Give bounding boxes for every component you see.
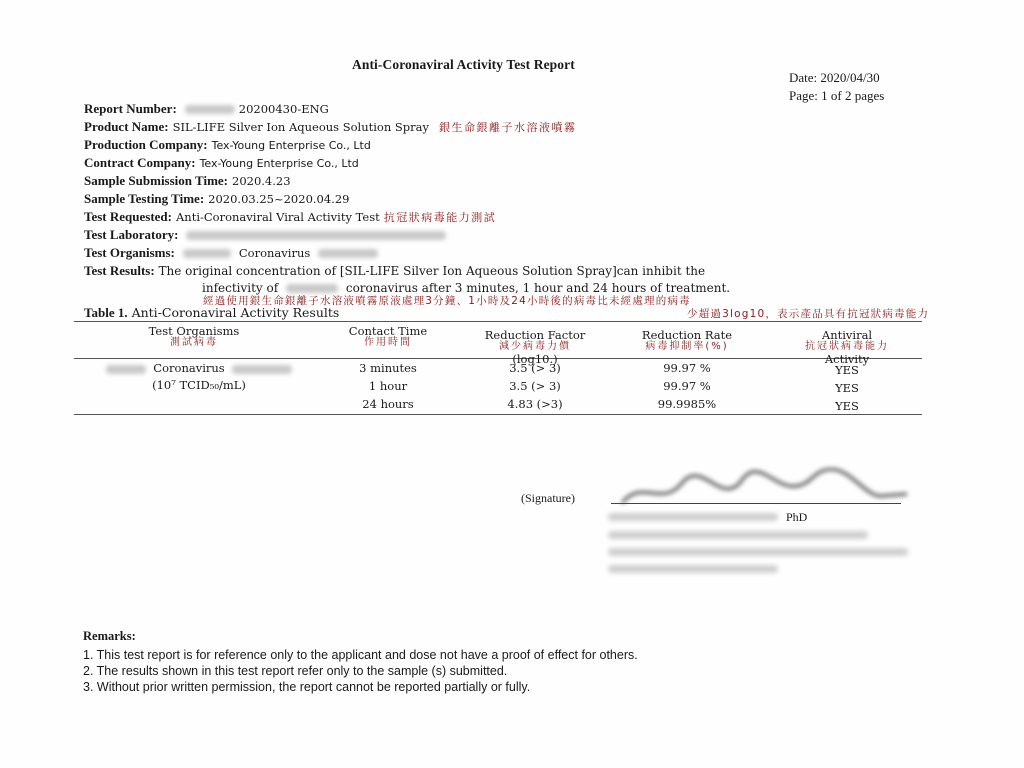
field-value: 2020.4.23 bbox=[232, 174, 291, 188]
field-label: Report Number: bbox=[84, 101, 177, 116]
field-test-requested: Test Requested: Anti-Coronaviral Viral A… bbox=[84, 209, 496, 225]
test-results-label: Test Results: bbox=[84, 263, 155, 278]
table-header-cell: Reduction Rate病毒抑制率(%) bbox=[612, 329, 762, 353]
table-cell-reduction-rate: 99.9985% bbox=[612, 397, 762, 411]
table-cell-reduction-factor: 3.5 (> 3) bbox=[460, 361, 610, 375]
remarks-title: Remarks: bbox=[83, 629, 136, 644]
page-number: Page: 1 of 2 pages bbox=[789, 88, 884, 104]
field-label: Production Company: bbox=[84, 137, 208, 152]
report-date: Date: 2020/04/30 bbox=[789, 70, 880, 86]
field-report-number: Report Number: 20200430-ENG bbox=[84, 101, 329, 117]
table-cell-organism-conc: (10⁷ TCID₅₀/mL) bbox=[94, 378, 304, 392]
header-en: Antiviral bbox=[772, 329, 922, 341]
field-sample-submission-time: Sample Submission Time: 2020.4.23 bbox=[84, 173, 291, 189]
test-results-zh-line-2: 少超過3log10，表示產品具有抗冠狀病毒能力 bbox=[687, 306, 929, 321]
redacted-department bbox=[608, 548, 908, 556]
remark-item: 2. The results shown in this test report… bbox=[83, 664, 507, 678]
field-value: Tex-Young Enterprise Co., Ltd bbox=[200, 157, 359, 170]
table-cell-reduction-rate: 99.97 % bbox=[612, 379, 762, 393]
table-caption: Table 1. Anti-Coronaviral Activity Resul… bbox=[84, 305, 339, 321]
table-top-rule bbox=[74, 321, 922, 322]
table-caption-text: Anti-Coronaviral Activity Results bbox=[132, 305, 340, 320]
header-en: Contact Time bbox=[318, 325, 458, 337]
table-cell-reduction-rate: 99.97 % bbox=[612, 361, 762, 375]
table-caption-number: Table 1. bbox=[84, 305, 128, 320]
report-title: Anti-Coronaviral Activity Test Report bbox=[352, 57, 575, 73]
field-sample-testing-time: Sample Testing Time: 2020.03.25~2020.04.… bbox=[84, 191, 349, 207]
table-cell-antiviral: YES bbox=[772, 363, 922, 377]
field-label: Test Organisms: bbox=[84, 245, 175, 260]
signature-line bbox=[611, 503, 901, 504]
table-cell-contact-time: 1 hour bbox=[318, 379, 458, 393]
table-cell-contact-time: 24 hours bbox=[318, 397, 458, 411]
test-results-text: The original concentration of [SIL-LIFE … bbox=[159, 264, 706, 278]
field-label: Test Requested: bbox=[84, 209, 172, 224]
field-value: Anti-Coronaviral Viral Activity Test bbox=[176, 210, 380, 224]
redacted-affiliation bbox=[608, 531, 868, 539]
field-test-organisms: Test Organisms: Coronavirus bbox=[84, 245, 382, 261]
signature-scrawl bbox=[612, 468, 912, 518]
header-zh: 作用時間 bbox=[318, 337, 458, 349]
field-value-zh: 銀生命銀離子水溶液噴霧 bbox=[439, 121, 577, 134]
table-cell-contact-time: 3 minutes bbox=[318, 361, 458, 375]
redacted-text bbox=[183, 249, 231, 258]
table-cell-organism: Coronavirus bbox=[94, 361, 304, 375]
field-value: Tex-Young Enterprise Co., Ltd bbox=[212, 139, 371, 152]
field-value: Coronavirus bbox=[239, 246, 310, 260]
signer-title: PhD bbox=[786, 510, 807, 525]
field-value-zh: 抗冠狀病毒能力測試 bbox=[384, 211, 497, 224]
redacted-text bbox=[318, 249, 378, 258]
field-label: Contract Company: bbox=[84, 155, 196, 170]
field-value: SIL-LIFE Silver Ion Aqueous Solution Spr… bbox=[173, 120, 429, 134]
organism-name: Coronavirus bbox=[153, 361, 224, 375]
redacted-text bbox=[106, 365, 146, 374]
table-cell-antiviral: YES bbox=[772, 381, 922, 395]
header-en: Reduction Rate bbox=[612, 329, 762, 341]
field-test-laboratory: Test Laboratory: bbox=[84, 227, 450, 243]
table-cell-antiviral: YES bbox=[772, 399, 922, 413]
table-header-cell: Antiviral抗冠狀病毒能力Activity bbox=[772, 329, 922, 365]
field-label: Sample Submission Time: bbox=[84, 173, 228, 188]
field-value: 2020.03.25~2020.04.29 bbox=[208, 192, 349, 206]
signature-label: (Signature) bbox=[521, 491, 575, 506]
redacted-text bbox=[232, 365, 292, 374]
remark-item: 1. This test report is for reference onl… bbox=[83, 648, 638, 662]
header-zh: 病毒抑制率(%) bbox=[612, 341, 762, 353]
redacted-signer-name bbox=[608, 513, 778, 521]
header-zh: 測試病毒 bbox=[94, 337, 294, 349]
header-en: Reduction Factor bbox=[460, 329, 610, 341]
report-page: Anti-Coronaviral Activity Test Report Da… bbox=[0, 0, 1024, 768]
header-en: Test Organisms bbox=[94, 325, 294, 337]
field-contract-company: Contract Company: Tex-Young Enterprise C… bbox=[84, 155, 359, 171]
test-results-line-1: Test Results: The original concentration… bbox=[84, 263, 705, 279]
field-label: Sample Testing Time: bbox=[84, 191, 204, 206]
redacted-text bbox=[186, 231, 446, 240]
field-product-name: Product Name: SIL-LIFE Silver Ion Aqueou… bbox=[84, 119, 576, 135]
remark-item: 3. Without prior written permission, the… bbox=[83, 680, 530, 694]
table-bottom-rule bbox=[74, 414, 922, 415]
redacted-text bbox=[286, 284, 338, 293]
table-cell-reduction-factor: 4.83 (>3) bbox=[460, 397, 610, 411]
table-header-cell: Contact Time作用時間 bbox=[318, 325, 458, 349]
field-label: Product Name: bbox=[84, 119, 169, 134]
table-header-cell: Reduction Factor減少病毒力價(log10.) bbox=[460, 329, 610, 365]
table-header-cell: Test Organisms測試病毒 bbox=[94, 325, 294, 349]
field-production-company: Production Company: Tex-Young Enterprise… bbox=[84, 137, 371, 153]
field-label: Test Laboratory: bbox=[84, 227, 179, 242]
table-cell-reduction-factor: 3.5 (> 3) bbox=[460, 379, 610, 393]
redacted-position bbox=[608, 565, 778, 573]
field-value: 20200430-ENG bbox=[239, 102, 329, 116]
redacted-text bbox=[185, 105, 235, 114]
